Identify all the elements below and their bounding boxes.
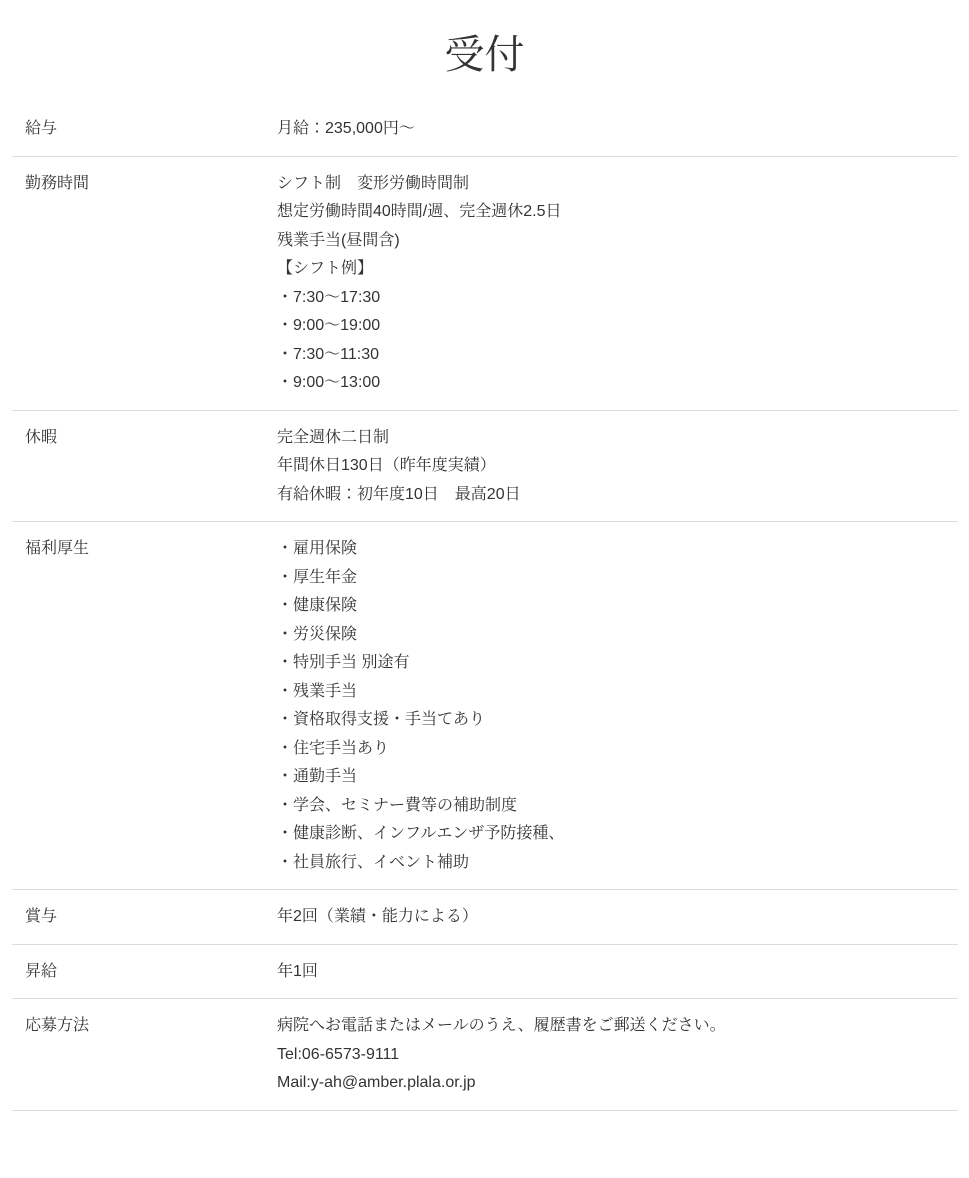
value-line: シフト制 変形労働時間制 (277, 170, 958, 199)
row-value: 年1回 (277, 958, 958, 987)
row-value: 月給：235,000円〜 (277, 115, 958, 144)
job-posting-page: { "page": { "title": "受付" }, "table": { … (0, 0, 969, 1178)
row-value: 完全週休二日制年間休日130日（昨年度実績）有給休暇：初年度10日 最高20日 (277, 424, 958, 510)
table-row: 給与 月給：235,000円〜 (12, 102, 958, 157)
value-line: 年1回 (277, 958, 958, 987)
value-line: 残業手当(昼間含) (277, 227, 958, 256)
table-row: 応募方法 病院へお電話またはメールのうえ、履歴書をご郵送ください。Tel:06-… (12, 999, 958, 1111)
value-line: 完全週休二日制 (277, 424, 958, 453)
value-line: ・社員旅行、イベント補助 (277, 849, 958, 878)
table-row: 福利厚生 ・雇用保険・厚生年金・健康保険・労災保険・特別手当 別途有・残業手当・… (12, 522, 958, 890)
value-line: ・7:30〜17:30 (277, 284, 958, 313)
row-value: シフト制 変形労働時間制想定労働時間40時間/週、完全週休2.5日残業手当(昼間… (277, 170, 958, 398)
row-label: 休暇 (12, 424, 277, 453)
value-line: ・9:00〜13:00 (277, 369, 958, 398)
row-value: ・雇用保険・厚生年金・健康保険・労災保険・特別手当 別途有・残業手当・資格取得支… (277, 535, 958, 877)
row-label: 給与 (12, 115, 277, 144)
row-label: 賞与 (12, 903, 277, 932)
value-line: ・厚生年金 (277, 564, 958, 593)
value-line: ・通勤手当 (277, 763, 958, 792)
value-line: ・健康保険 (277, 592, 958, 621)
value-line: Mail:y-ah@amber.plala.or.jp (277, 1069, 958, 1098)
value-line: ・労災保険 (277, 621, 958, 650)
row-value: 病院へお電話またはメールのうえ、履歴書をご郵送ください。Tel:06-6573-… (277, 1012, 958, 1098)
value-line: ・住宅手当あり (277, 735, 958, 764)
table-row: 昇給 年1回 (12, 945, 958, 1000)
value-line: ・雇用保険 (277, 535, 958, 564)
value-line: ・学会、セミナー費等の補助制度 (277, 792, 958, 821)
row-label: 昇給 (12, 958, 277, 987)
row-label: 勤務時間 (12, 170, 277, 199)
value-line: 有給休暇：初年度10日 最高20日 (277, 481, 958, 510)
row-value: 年2回（業績・能力による） (277, 903, 958, 932)
value-line: ・9:00〜19:00 (277, 312, 958, 341)
table-row: 勤務時間 シフト制 変形労働時間制想定労働時間40時間/週、完全週休2.5日残業… (12, 157, 958, 411)
value-line: 月給：235,000円〜 (277, 115, 958, 144)
value-line: 【シフト例】 (277, 255, 958, 284)
value-line: ・資格取得支援・手当てあり (277, 706, 958, 735)
value-line: ・7:30〜11:30 (277, 341, 958, 370)
value-line: ・残業手当 (277, 678, 958, 707)
job-details-table: 給与 月給：235,000円〜 勤務時間 シフト制 変形労働時間制想定労働時間4… (12, 102, 958, 1111)
value-line: ・健康診断、インフルエンザ予防接種、 (277, 820, 958, 849)
value-line: ・特別手当 別途有 (277, 649, 958, 678)
table-row: 休暇 完全週休二日制年間休日130日（昨年度実績）有給休暇：初年度10日 最高2… (12, 411, 958, 523)
value-line: 想定労働時間40時間/週、完全週休2.5日 (277, 198, 958, 227)
page-title: 受付 (0, 27, 969, 83)
row-label: 応募方法 (12, 1012, 277, 1041)
value-line: 年2回（業績・能力による） (277, 903, 958, 932)
value-line: 年間休日130日（昨年度実績） (277, 452, 958, 481)
row-label: 福利厚生 (12, 535, 277, 564)
value-line: Tel:06-6573-9111 (277, 1041, 958, 1070)
table-row: 賞与 年2回（業績・能力による） (12, 890, 958, 945)
value-line: 病院へお電話またはメールのうえ、履歴書をご郵送ください。 (277, 1012, 958, 1041)
